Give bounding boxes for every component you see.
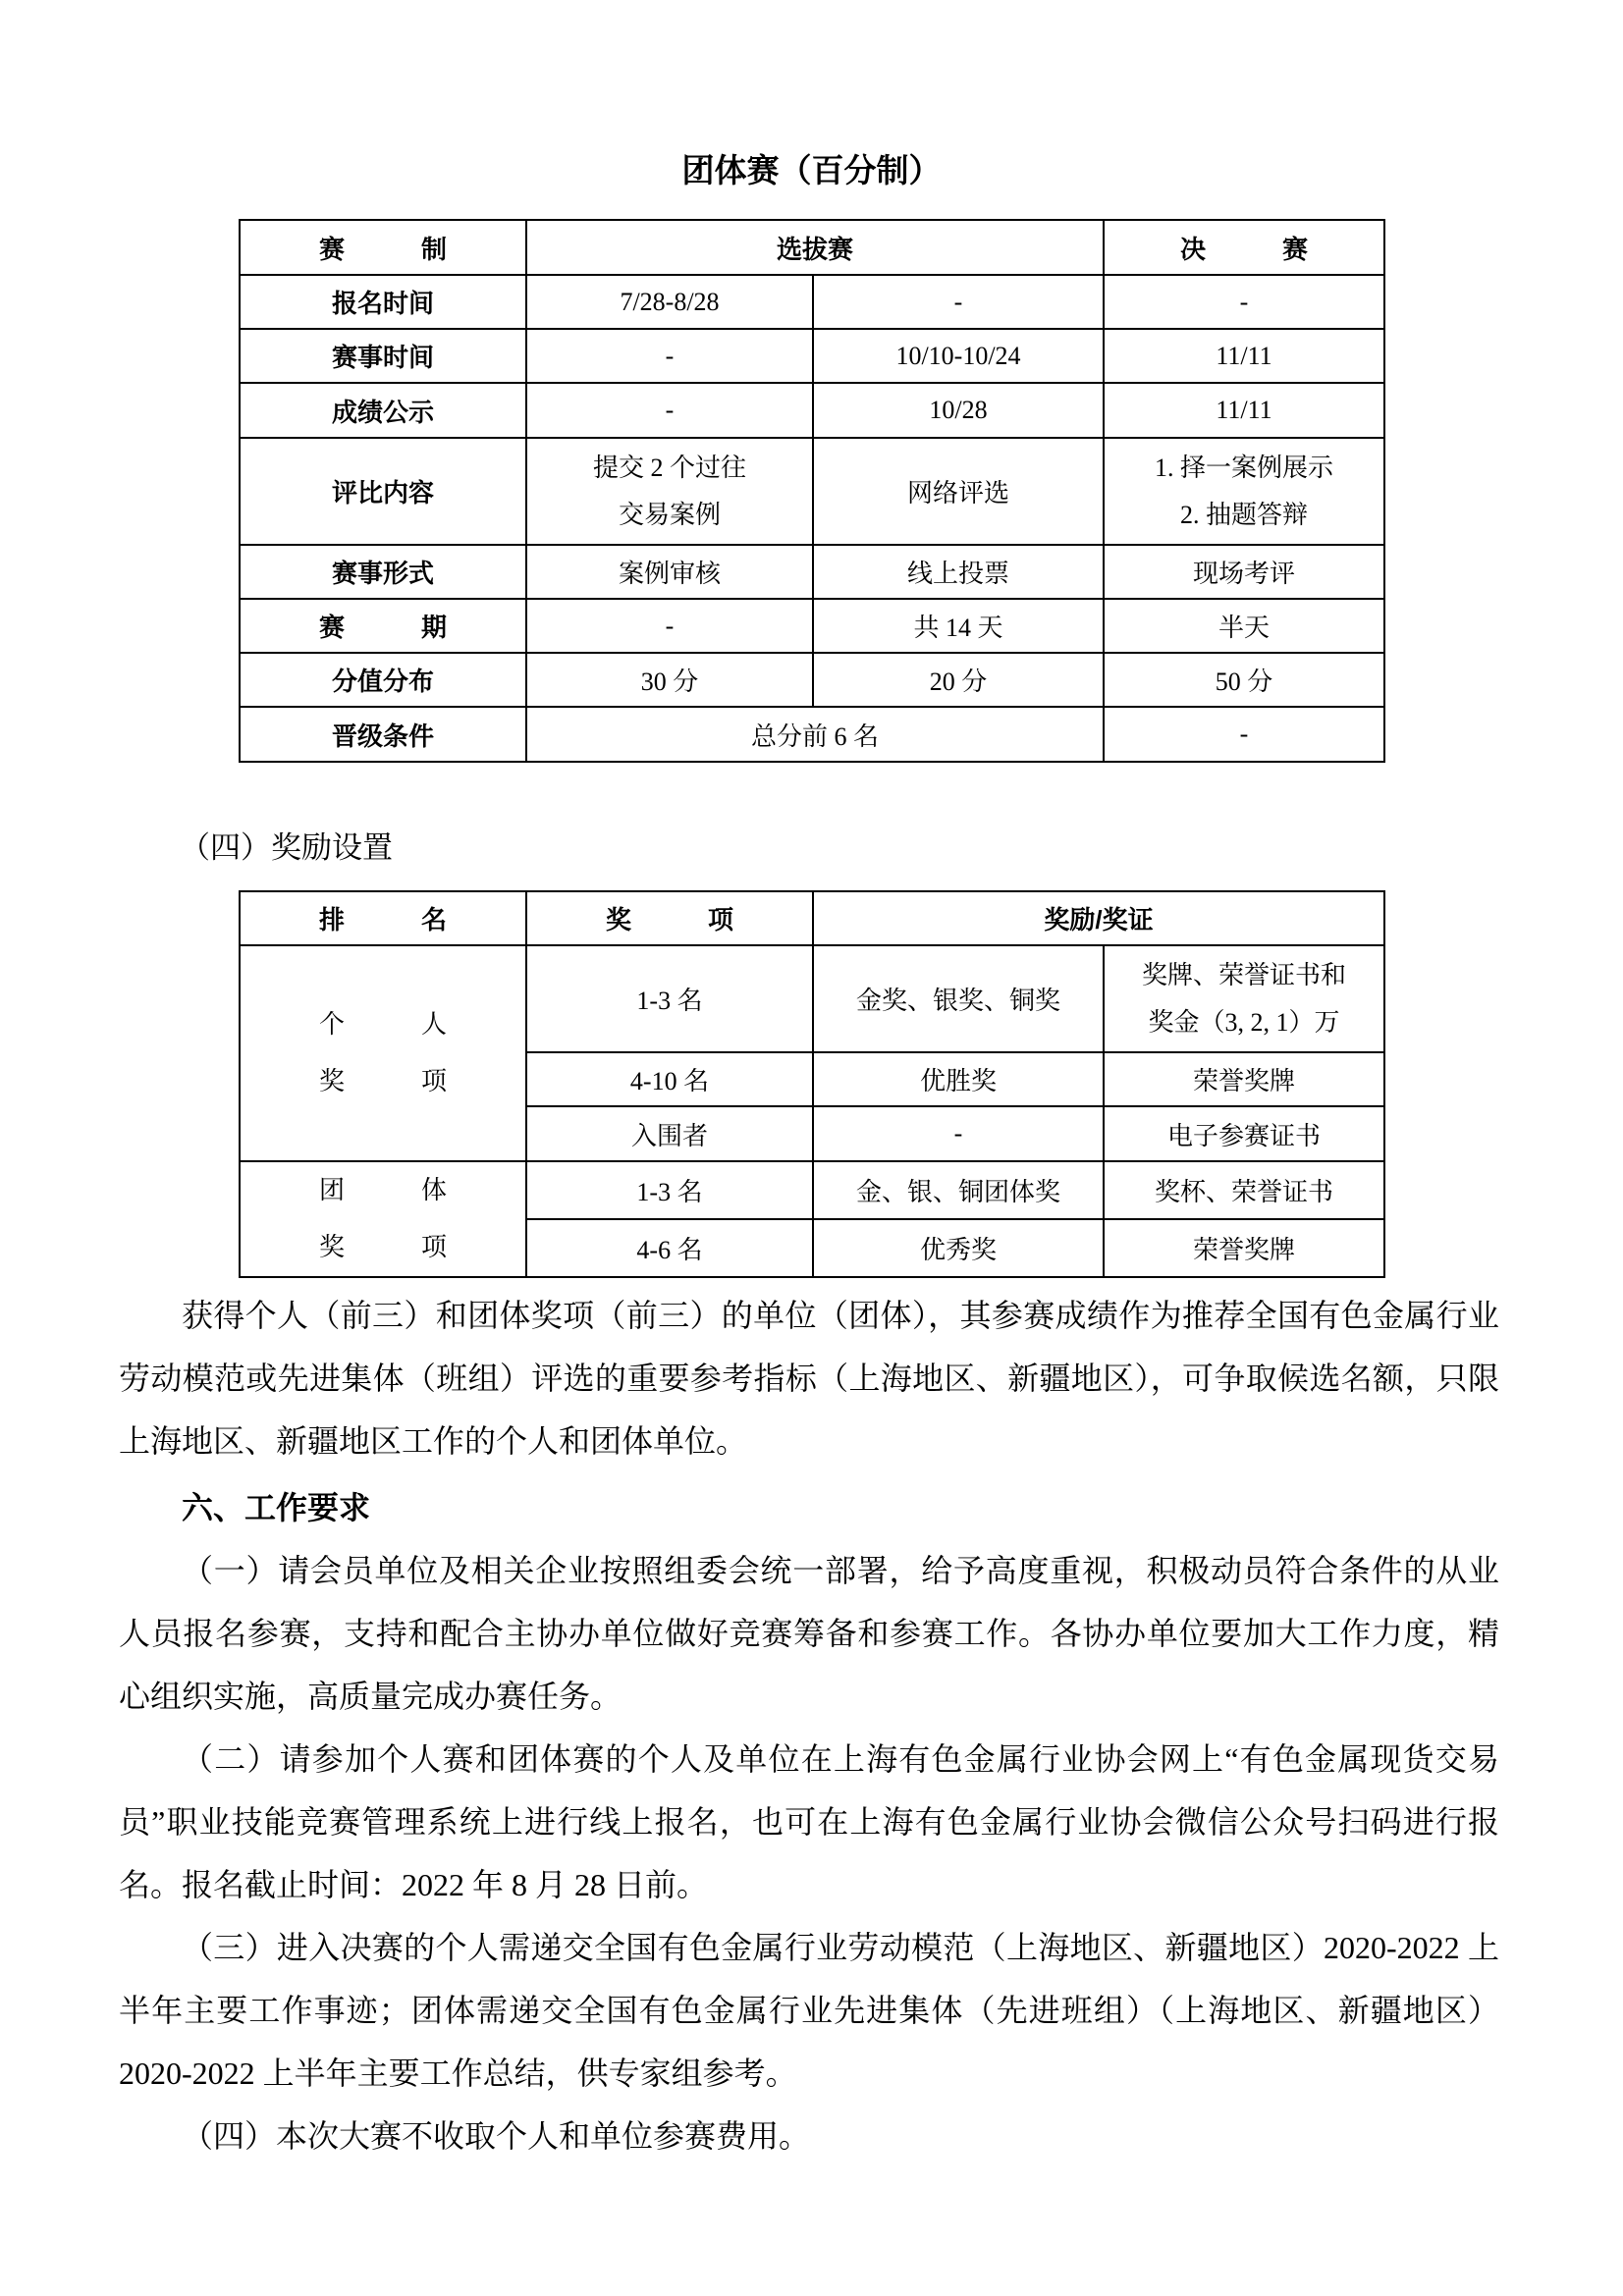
table-cell: 10/28	[813, 383, 1104, 438]
table-cell: 现场考评	[1104, 545, 1384, 599]
cell-line: 个 人	[241, 996, 525, 1053]
cell-line: 奖 项	[241, 1219, 525, 1276]
table-cell: 50 分	[1104, 653, 1384, 707]
table-cell: -	[813, 275, 1104, 329]
table-cell: 1-3 名	[526, 945, 813, 1052]
table-cell: 奖牌、荣誉证书和 奖金（3, 2, 1）万	[1104, 945, 1384, 1052]
table-cell: 4-10 名	[526, 1052, 813, 1106]
table-cell: 分值分布	[240, 653, 526, 707]
table-cell: 荣誉奖牌	[1104, 1219, 1384, 1277]
table-cell: 成绩公示	[240, 383, 526, 438]
body-text-block: 获得个人（前三）和团体奖项（前三）的单位（团体），其参赛成绩作为推荐全国有色金属…	[119, 1284, 1499, 1472]
table-cell: -	[526, 329, 813, 383]
table-cell: 金、银、铜团体奖	[813, 1161, 1104, 1219]
paragraph-item-4: （四）本次大赛不收取个人和单位参赛费用。	[119, 2105, 1499, 2167]
table-cell: -	[526, 383, 813, 438]
table-cell: 4-6 名	[526, 1219, 813, 1277]
table-cell: 奖励/奖证	[813, 891, 1384, 945]
table-cell: 报名时间	[240, 275, 526, 329]
table-cell: 入围者	[526, 1106, 813, 1161]
table-cell: 11/11	[1104, 329, 1384, 383]
table-cell: 电子参赛证书	[1104, 1106, 1384, 1161]
table-cell: 20 分	[813, 653, 1104, 707]
table-cell: 线上投票	[813, 545, 1104, 599]
table-cell: 30 分	[526, 653, 813, 707]
table-cell: -	[1104, 707, 1384, 762]
page-title: 团体赛（百分制）	[0, 149, 1623, 192]
table-cell: 评比内容	[240, 438, 526, 545]
table-cell: -	[526, 599, 813, 653]
table-cell: 案例审核	[526, 545, 813, 599]
table-cell: 赛事形式	[240, 545, 526, 599]
table-row: 赛 制 选拔赛 决 赛	[240, 220, 1384, 275]
awards-table: 排 名 奖 项 奖励/奖证 个 人 奖 项 1-3 名 金奖、银奖、铜奖 奖牌、…	[239, 890, 1385, 1278]
cell-line: 提交 2 个过往	[527, 445, 812, 492]
table-cell: 7/28-8/28	[526, 275, 813, 329]
table-row: 评比内容 提交 2 个过往 交易案例 网络评选 1. 择一案例展示 2. 抽题答…	[240, 438, 1384, 545]
cell-line: 交易案例	[527, 492, 812, 539]
cell-line: 1. 择一案例展示	[1105, 445, 1383, 492]
table-row: 赛 期 - 共 14 天 半天	[240, 599, 1384, 653]
table-row: 报名时间 7/28-8/28 - -	[240, 275, 1384, 329]
table-cell: -	[813, 1106, 1104, 1161]
cell-line: 奖 项	[241, 1053, 525, 1110]
paragraph-item-2: （二）请参加个人赛和团体赛的个人及单位在上海有色金属行业协会网上“有色金属现货交…	[119, 1728, 1499, 1916]
cell-line: 奖金（3, 2, 1）万	[1105, 999, 1383, 1046]
table-cell: 荣誉奖牌	[1104, 1052, 1384, 1106]
table-row: 排 名 奖 项 奖励/奖证	[240, 891, 1384, 945]
table-row: 团 体 奖 项 1-3 名 金、银、铜团体奖 奖杯、荣誉证书	[240, 1161, 1384, 1219]
table-cell: 选拔赛	[526, 220, 1104, 275]
table-cell: 总分前 6 名	[526, 707, 1104, 762]
table-row: 赛事形式 案例审核 线上投票 现场考评	[240, 545, 1384, 599]
table-cell: 个 人 奖 项	[240, 945, 526, 1161]
table-cell: 半天	[1104, 599, 1384, 653]
table-cell: 金奖、银奖、铜奖	[813, 945, 1104, 1052]
table-row: 分值分布 30 分 20 分 50 分	[240, 653, 1384, 707]
table-cell: 赛 制	[240, 220, 526, 275]
document-page: 团体赛（百分制） 赛 制 选拔赛 决 赛 报名时间 7/28-8/28 - - …	[0, 0, 1623, 2296]
table-cell: 团 体 奖 项	[240, 1161, 526, 1277]
section4-label: （四）奖励设置	[119, 828, 1623, 869]
table-cell: 奖 项	[526, 891, 813, 945]
work-requirements-block: （一）请会员单位及相关企业按照组委会统一部署，给予高度重视，积极动员符合条件的从…	[119, 1539, 1499, 2167]
table-cell: 优胜奖	[813, 1052, 1104, 1106]
schedule-table: 赛 制 选拔赛 决 赛 报名时间 7/28-8/28 - - 赛事时间 - 10…	[239, 219, 1385, 763]
table-row: 成绩公示 - 10/28 11/11	[240, 383, 1384, 438]
table-cell: 排 名	[240, 891, 526, 945]
paragraph-item-1: （一）请会员单位及相关企业按照组委会统一部署，给予高度重视，积极动员符合条件的从…	[119, 1539, 1499, 1728]
table-row: 个 人 奖 项 1-3 名 金奖、银奖、铜奖 奖牌、荣誉证书和 奖金（3, 2,…	[240, 945, 1384, 1052]
cell-line: 2. 抽题答辩	[1105, 492, 1383, 539]
table-cell: 优秀奖	[813, 1219, 1104, 1277]
cell-line: 奖牌、荣誉证书和	[1105, 952, 1383, 999]
table-cell: -	[1104, 275, 1384, 329]
section6-heading: 六、工作要求	[119, 1476, 1623, 1539]
table-row: 晋级条件 总分前 6 名 -	[240, 707, 1384, 762]
table-cell: 网络评选	[813, 438, 1104, 545]
table-cell: 提交 2 个过往 交易案例	[526, 438, 813, 545]
table-cell: 赛事时间	[240, 329, 526, 383]
table-cell: 晋级条件	[240, 707, 526, 762]
table-cell: 奖杯、荣誉证书	[1104, 1161, 1384, 1219]
paragraph-item-3: （三）进入决赛的个人需递交全国有色金属行业劳动模范（上海地区、新疆地区）2020…	[119, 1916, 1499, 2105]
cell-line: 团 体	[241, 1162, 525, 1219]
table-cell: 10/10-10/24	[813, 329, 1104, 383]
table-cell: 决 赛	[1104, 220, 1384, 275]
paragraph-award-note: 获得个人（前三）和团体奖项（前三）的单位（团体），其参赛成绩作为推荐全国有色金属…	[119, 1284, 1499, 1472]
table-cell: 1. 择一案例展示 2. 抽题答辩	[1104, 438, 1384, 545]
table-row: 赛事时间 - 10/10-10/24 11/11	[240, 329, 1384, 383]
table-cell: 1-3 名	[526, 1161, 813, 1219]
table-cell: 11/11	[1104, 383, 1384, 438]
table-cell: 共 14 天	[813, 599, 1104, 653]
table-cell: 赛 期	[240, 599, 526, 653]
